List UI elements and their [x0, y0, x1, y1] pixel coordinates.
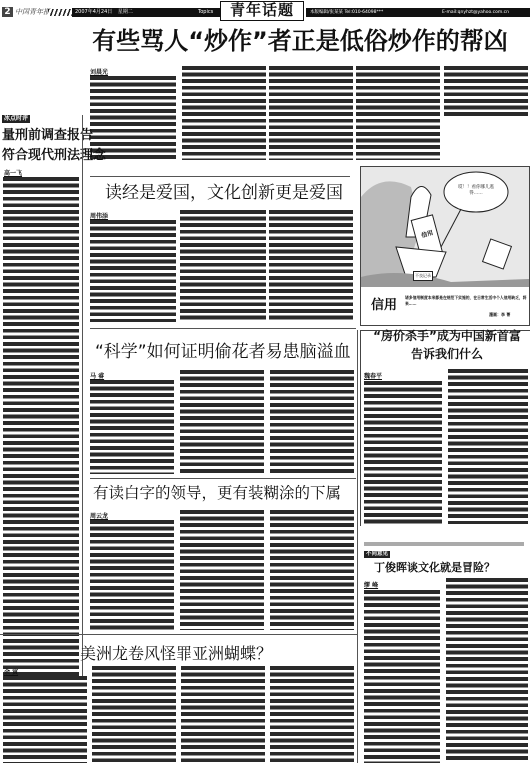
issue-date: 2007年4月24日 星期二: [75, 8, 133, 17]
science-bottom-rule: [90, 478, 356, 479]
logo-stripes-icon: [48, 9, 72, 16]
masthead: 2 中国青年报 2007年4月24日 星期二 Topics 青年话题 本版编辑/…: [0, 0, 530, 22]
sidebar-headline-line2: 符合现代刑法理念: [2, 148, 106, 164]
housing-body-col2: [448, 369, 528, 524]
ding-body-col2: [446, 578, 528, 763]
sidebar-column-tag: 冰点时评: [2, 115, 30, 123]
leader-body-col1: [90, 520, 174, 630]
tornado-body-col4: [270, 666, 354, 763]
main-article-bottom-rule: [90, 176, 350, 177]
date-text: 2007年4月24日: [75, 9, 112, 15]
culture-body-col2: [180, 210, 266, 322]
sidebar-byline: 高一飞: [4, 168, 22, 177]
section-title-box: 青年话题: [220, 1, 304, 21]
leader-body-col2: [180, 510, 264, 630]
housing-body-col1: [364, 381, 442, 524]
science-body-col1: [90, 380, 174, 474]
ding-body-col1: [364, 590, 440, 763]
sidebar-headline-line1: 量刑前调查报告: [2, 128, 93, 144]
leader-bottom-rule: [0, 634, 357, 635]
main-body-col2: [182, 66, 266, 160]
email: E-mail:qnyhzt@yahoo.com.cn: [442, 8, 509, 17]
culture-body-col3: [269, 210, 353, 322]
cartoon-frame: 哎！！看你哪儿逃得…… 信用 不良记录 信用 诸多信用制度本来都是在规范下实施的…: [360, 166, 530, 326]
cartoon-illustration: [361, 167, 529, 287]
science-byline: 马 睿: [90, 371, 104, 380]
ding-column-tag: 不同意见: [364, 551, 390, 558]
cartoon-box-label: 不良记录: [413, 271, 433, 281]
ding-byline: 缪 峰: [364, 580, 378, 589]
cartoon-speech-bubble: 哎！！看你哪儿逃得……: [453, 185, 499, 197]
culture-body-col1: [90, 220, 176, 322]
tornado-byline: 余 寅: [4, 667, 18, 676]
housing-headline-line1: “房价杀手”成为中国新首富: [366, 328, 528, 344]
tornado-body-col3: [181, 666, 265, 763]
ding-left-divider: [357, 630, 358, 763]
paper-logo: 中国青年报: [15, 7, 50, 17]
tornado-body-col1: [3, 676, 87, 763]
housing-byline: 魏春平: [364, 371, 382, 380]
science-headline: “科学”如何证明偷花者易患脑溢血: [95, 341, 351, 363]
leader-byline: 周云龙: [90, 511, 108, 520]
culture-byline: 周伟添: [90, 211, 108, 220]
housing-headline-line2: 告诉我们什么: [366, 346, 528, 362]
science-body-col2: [180, 370, 264, 474]
main-body-col3: [269, 66, 353, 160]
culture-headline: 读经是爱国，文化创新更是爱国: [105, 182, 343, 204]
cartoon-title: 信用: [371, 298, 397, 314]
tornado-body-col2: [92, 666, 176, 763]
page-number: 2: [2, 7, 13, 17]
cartoon-caption: 诸多信用制度本来都是在规范下实施的，在日常生活中个人信用缺乏，将来……: [405, 295, 527, 306]
science-body-col3: [270, 370, 354, 474]
housing-bottom-bar: [364, 542, 524, 546]
center-right-divider: [357, 330, 358, 630]
ding-headline: 丁俊晖谈文化就是冒险？: [374, 560, 495, 576]
tornado-headline: 美洲龙卷风怪罪亚洲蝴蝶？: [80, 643, 272, 665]
leader-body-col3: [270, 510, 354, 630]
sidebar-divider: [82, 115, 83, 763]
leader-headline: 有读白字的领导，更有装糊涂的下属: [93, 483, 341, 503]
main-body-col4: [356, 66, 440, 160]
main-byline: 刘晨光: [90, 67, 108, 76]
editor-info: 本版编辑/张某某 Tel:010-64098***: [310, 8, 383, 17]
culture-bottom-rule: [90, 328, 356, 329]
main-body-col5: [444, 66, 528, 118]
section-title: 青年话题: [221, 2, 303, 19]
main-headline: 有些骂人“炒作”者正是低俗炒作的帮凶: [80, 26, 520, 56]
weekday-text: 星期二: [118, 9, 133, 15]
cartoon-credit: 漫画：李 菁: [489, 312, 510, 318]
section-en: Topics: [198, 8, 213, 17]
